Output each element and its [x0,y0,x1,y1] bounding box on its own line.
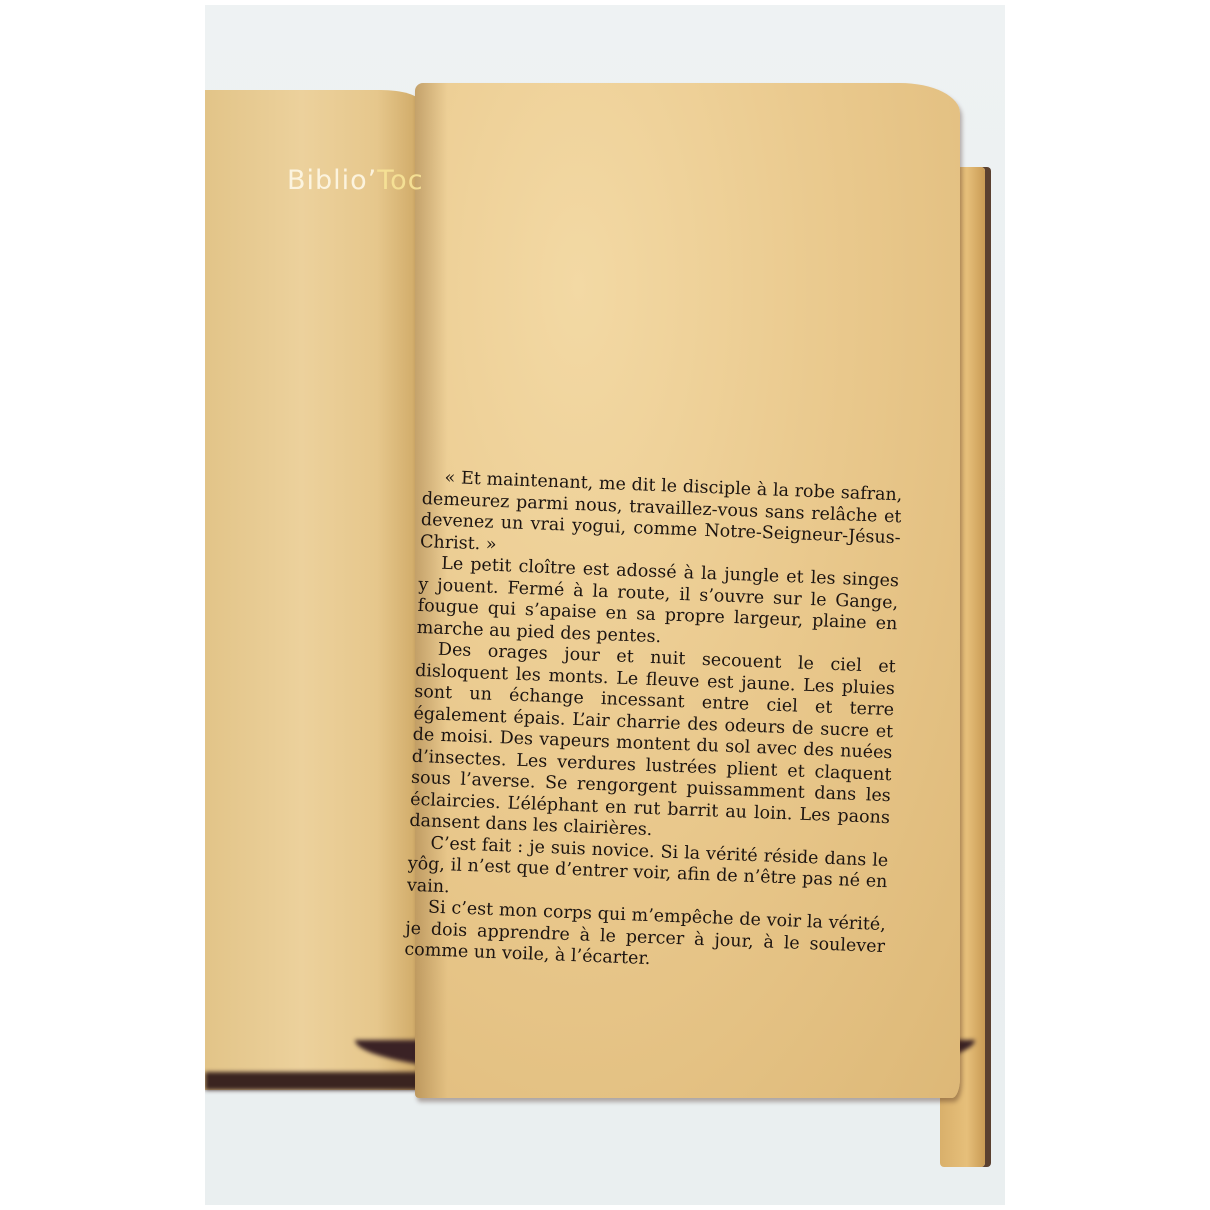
watermark-toc: Toc [377,165,423,196]
watermark-logo: Biblio’Toc [287,165,424,196]
book-photo: Biblio’Toc « Et maintenant, me dit le di… [205,5,1005,1205]
watermark-biblio: Biblio’ [287,165,377,196]
paragraph: Des orages jour et nuit secouent le ciel… [409,639,896,851]
page-text: « Et maintenant, me dit le disciple à la… [404,467,903,980]
left-page [205,90,420,1090]
